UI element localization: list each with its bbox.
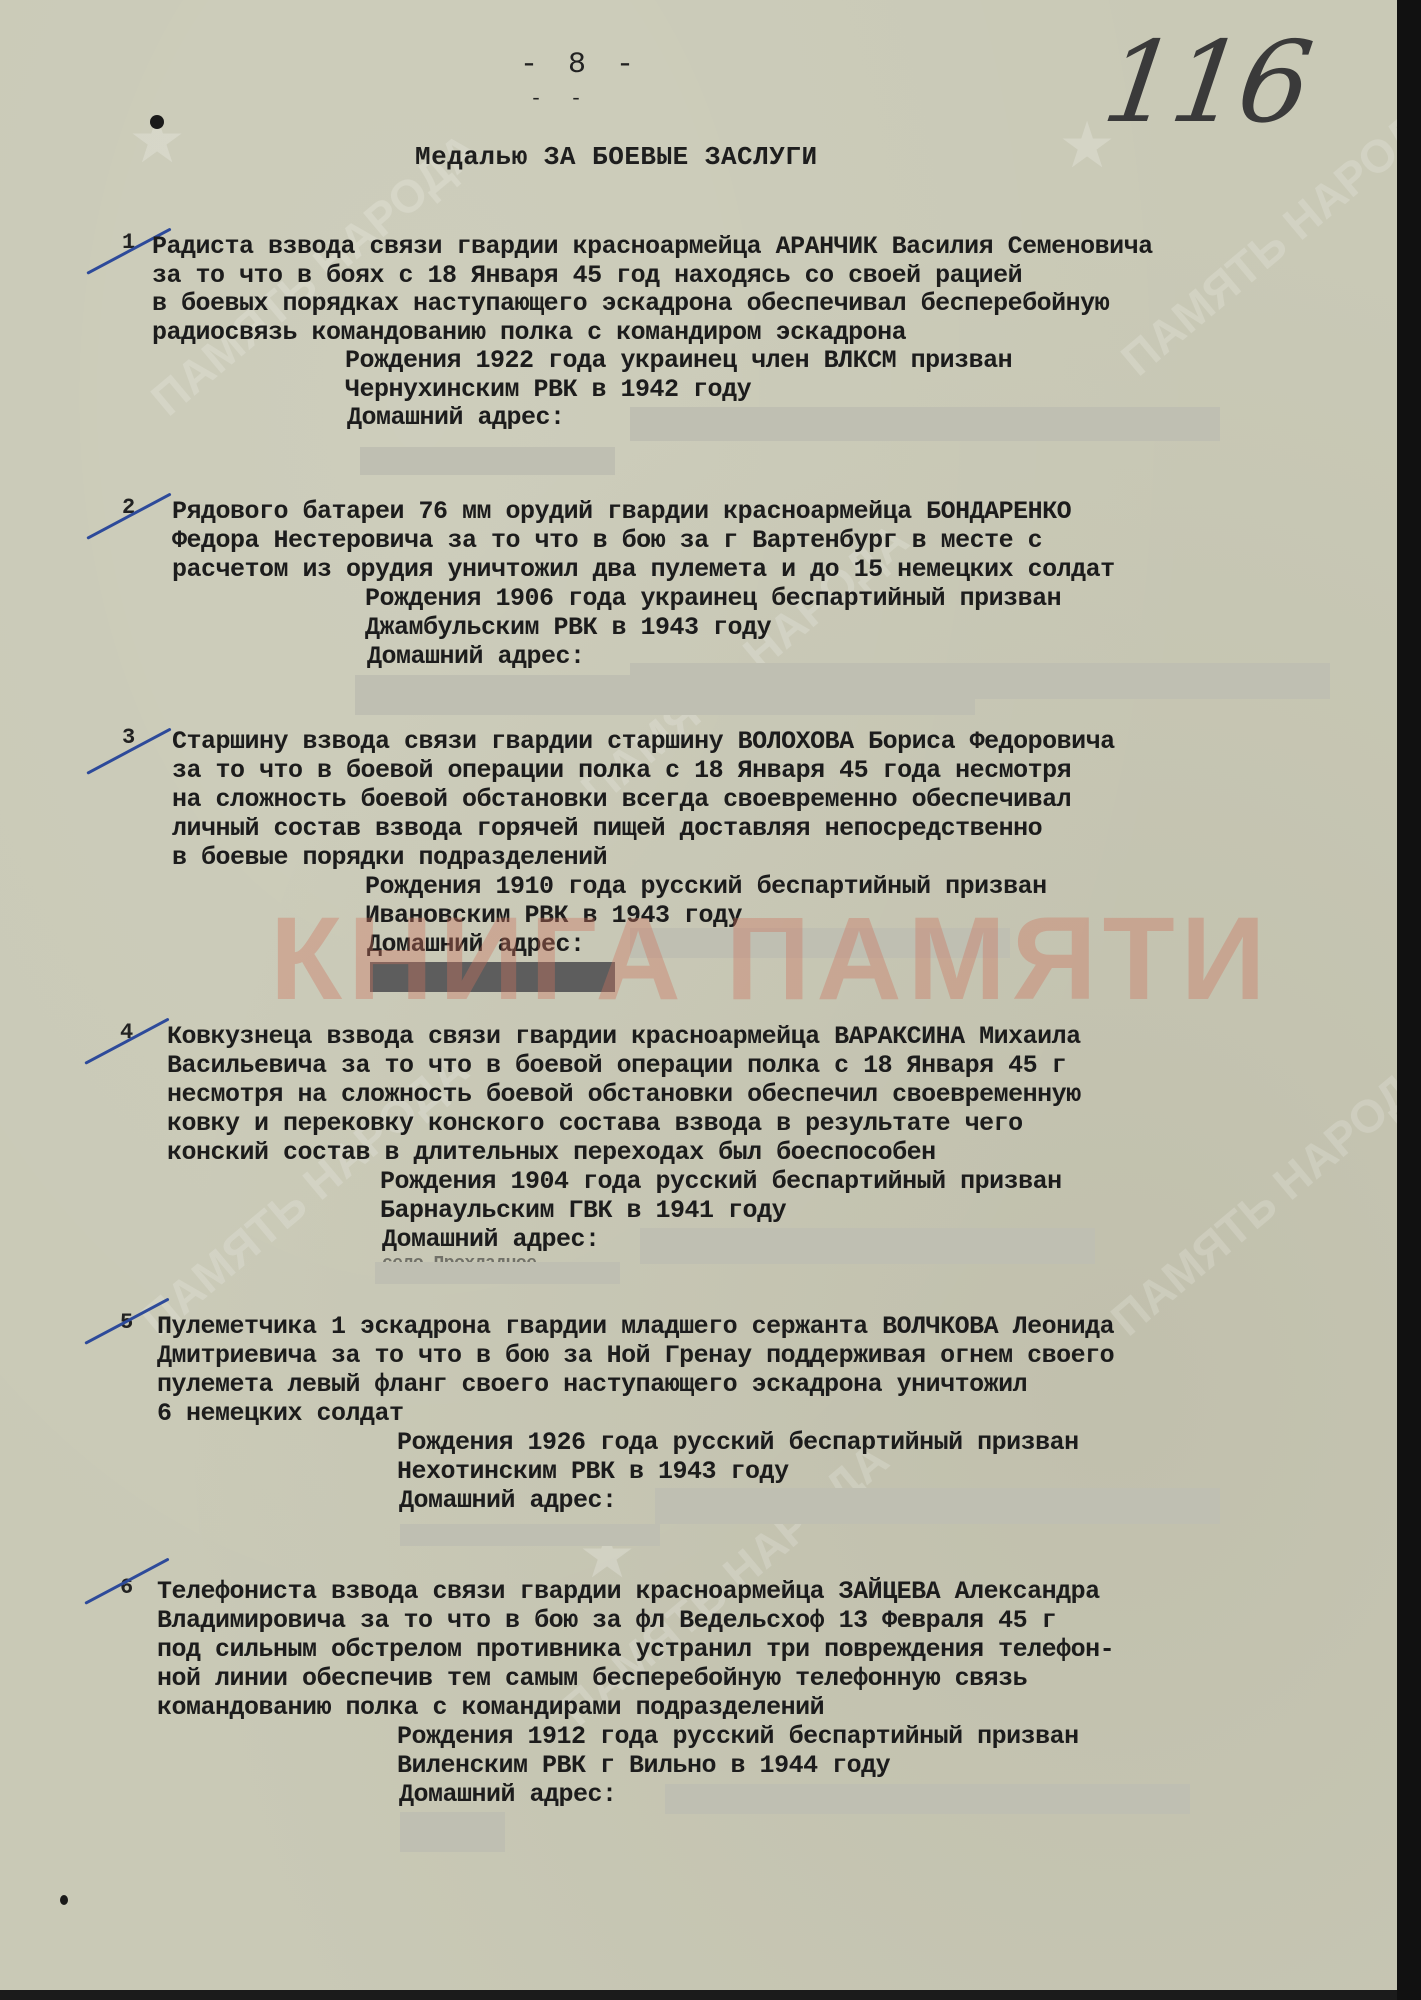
citation-line: радиосвязь командованию полка с командир… xyxy=(152,318,906,347)
citation-line: Радиста взвода связи гвардии красноармей… xyxy=(152,232,1153,261)
citation-line: Пулеметчика 1 эскадрона гвардии младшего… xyxy=(157,1312,1114,1341)
birth-info-line: Рождения 1926 года русский беспартийный … xyxy=(397,1428,1079,1457)
redacted-address-block xyxy=(400,1812,505,1852)
watermark-memory-of-people: ПАМЯТЬ НАРОДА xyxy=(1102,1044,1397,1344)
page-number-underline: -- xyxy=(530,88,610,111)
citation-line: командованию полка с командирами подразд… xyxy=(157,1693,824,1722)
punch-hole xyxy=(60,1895,68,1905)
citation-line: Рядового батареи 76 мм орудий гвардии кр… xyxy=(172,497,1071,526)
redacted-address-block xyxy=(665,1784,1190,1814)
citation-line: 6 немецких солдат xyxy=(157,1399,404,1428)
redacted-address-block xyxy=(375,1262,620,1284)
redacted-address-block xyxy=(640,1228,1095,1264)
home-address-label: Домашний адрес: xyxy=(399,1486,617,1515)
draft-office-line: Барнаульским ГВК в 1941 году xyxy=(380,1196,786,1225)
citation-line: Телефониста взвода связи гвардии красноа… xyxy=(157,1577,1100,1606)
redacted-address-block xyxy=(400,1524,660,1546)
citation-line: за то что в боевой операции полка с 18 Я… xyxy=(172,756,1071,785)
citation-line: личный состав взвода горячей пищей доста… xyxy=(172,814,1042,843)
redacted-address-block xyxy=(655,1488,1220,1524)
draft-office-line: Чернухинским РВК в 1942 году xyxy=(345,375,751,404)
citation-line: Старшину взвода связи гвардии старшину В… xyxy=(172,727,1115,756)
citation-line: конский состав в длительных переходах бы… xyxy=(167,1138,936,1167)
award-title: Медалью ЗА БОЕВЫЕ ЗАСЛУГИ xyxy=(415,142,818,172)
punch-hole xyxy=(150,115,164,129)
page-number: - 8 - xyxy=(520,48,640,82)
home-address-label: Домашний адрес: xyxy=(367,642,585,671)
redacted-address-block xyxy=(360,447,615,475)
home-address-label: Домашний адрес: xyxy=(399,1780,617,1809)
home-address-label: Домашний адрес: xyxy=(347,403,565,432)
citation-line: расчетом из орудия уничтожил два пулемет… xyxy=(172,555,1115,584)
draft-office-line: Виленским РВК г Вильно в 1944 году xyxy=(397,1751,890,1780)
home-address-label: Домашний адрес: xyxy=(382,1225,600,1254)
citation-line: Дмитриевича за то что в бою за Ной Грена… xyxy=(157,1341,1114,1370)
birth-info-line: Рождения 1912 года русский беспартийный … xyxy=(397,1722,1079,1751)
citation-line: Владимировича за то что в бою за фл Веде… xyxy=(157,1606,1056,1635)
citation-line: Федора Нестеровича за то что в бою за г … xyxy=(172,526,1042,555)
handwritten-folio-number: 116 xyxy=(1096,18,1316,148)
citation-line: пулемета левый фланг своего наступающего… xyxy=(157,1370,1027,1399)
citation-line: несмотря на сложность боевой обстановки … xyxy=(167,1080,1081,1109)
watermark-book-of-memory: КНИГА ПАМЯТИ xyxy=(270,900,1272,1018)
scan-border xyxy=(1397,0,1421,2000)
citation-line: в боевых порядках наступающего эскадрона… xyxy=(152,289,1109,318)
citation-line: под сильным обстрелом противника устрани… xyxy=(157,1635,1114,1664)
citation-line: в боевые порядки подразделений xyxy=(172,843,607,872)
birth-info-line: Рождения 1904 года русский беспартийный … xyxy=(380,1167,1062,1196)
draft-office-line: Джамбульским РВК в 1943 году xyxy=(365,613,771,642)
draft-office-line: Нехотинским РВК в 1943 году xyxy=(397,1457,789,1486)
citation-line: за то что в боях с 18 Января 45 год нахо… xyxy=(152,261,1022,290)
citation-line: на сложность боевой обстановки всегда св… xyxy=(172,785,1071,814)
citation-line: ной линии обеспечив тем самым бесперебой… xyxy=(157,1664,1027,1693)
citation-line: Васильевича за то что в боевой операции … xyxy=(167,1051,1066,1080)
citation-line: ковку и перековку конского состава взвод… xyxy=(167,1109,1023,1138)
citation-line: Ковкузнеца взвода связи гвардии красноар… xyxy=(167,1022,1081,1051)
document-page: ★ ★ ★ ПАМЯТЬ НАРОДА ПАМЯТЬ НАРОДА ПАМЯТЬ… xyxy=(0,0,1397,1990)
redacted-address-block xyxy=(630,407,1220,441)
redacted-address-block xyxy=(355,675,975,715)
star-watermark-icon: ★ xyxy=(130,95,184,185)
birth-info-line: Рождения 1906 года украинец беспартийный… xyxy=(365,584,1061,613)
birth-info-line: Рождения 1922 года украинец член ВЛКСМ п… xyxy=(345,346,1012,375)
